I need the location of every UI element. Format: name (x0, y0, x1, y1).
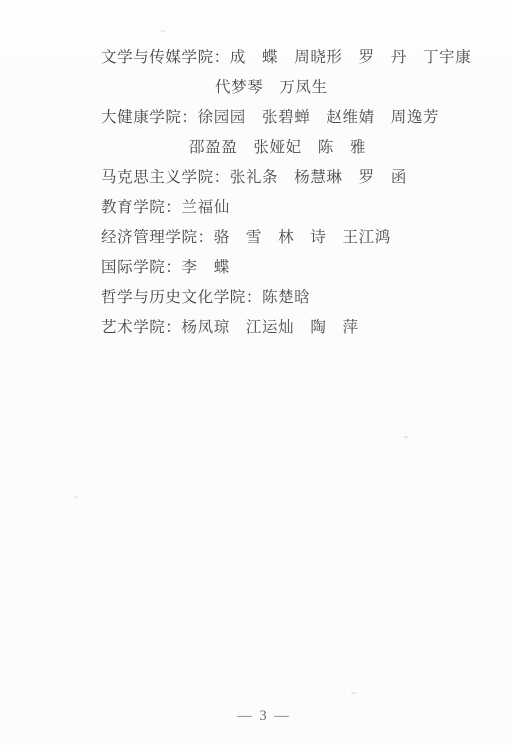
department-label: 经济管理学院： (101, 229, 214, 246)
names-text: 兰福仙 (182, 199, 230, 216)
roster-line: 国际学院：李 蝶 (101, 253, 492, 283)
document-page: 文学与传媒学院：成 蝶 周晓形 罗 丹 丁宇康代梦琴 万凤生大健康学院：徐园园 … (0, 0, 512, 745)
department-label: 文学与传媒学院： (101, 49, 230, 66)
department-label: 马克思主义学院： (101, 169, 230, 186)
names-text: 李 蝶 (182, 259, 230, 276)
names-text: 张礼条 杨慧琳 罗 函 (230, 169, 407, 186)
department-label: 国际学院： (101, 259, 182, 276)
roster-line: 马克思主义学院：张礼条 杨慧琳 罗 函 (101, 163, 492, 193)
department-label: 艺术学院： (101, 319, 182, 336)
names-text: 徐园园 张碧蝉 赵维婧 周逸芳 (198, 109, 440, 126)
roster-line: 代梦琴 万凤生 (101, 73, 492, 103)
roster-line: 文学与传媒学院：成 蝶 周晓形 罗 丹 丁宇康 (101, 43, 492, 73)
page-number: — 3 — (0, 708, 512, 725)
names-text: 成 蝶 周晓形 罗 丹 丁宇康 (230, 49, 472, 66)
names-text: 陈楚晗 (262, 289, 310, 306)
department-label: 哲学与历史文化学院： (101, 289, 262, 306)
roster-line: 大健康学院：徐园园 张碧蝉 赵维婧 周逸芳 (101, 103, 492, 133)
names-text: 杨凤琼 江运灿 陶 萍 (182, 319, 359, 336)
names-text: 代梦琴 万凤生 (215, 79, 328, 96)
roster-line: 教育学院：兰福仙 (101, 193, 492, 223)
scan-speck (404, 436, 408, 438)
roster-line: 哲学与历史文化学院：陈楚晗 (101, 283, 492, 313)
scan-speck (351, 692, 356, 694)
roster-line: 艺术学院：杨凤琼 江运灿 陶 萍 (101, 313, 492, 343)
roster-list: 文学与传媒学院：成 蝶 周晓形 罗 丹 丁宇康代梦琴 万凤生大健康学院：徐园园 … (101, 43, 492, 343)
names-text: 邵盈盈 张娅妃 陈 雅 (189, 139, 366, 156)
department-label: 教育学院： (101, 199, 182, 216)
roster-line: 邵盈盈 张娅妃 陈 雅 (101, 133, 492, 163)
department-label: 大健康学院： (101, 109, 198, 126)
roster-line: 经济管理学院：骆 雪 林 诗 王江鸿 (101, 223, 492, 253)
scan-speck (74, 496, 77, 498)
names-text: 骆 雪 林 诗 王江鸿 (214, 229, 391, 246)
scan-speck (160, 30, 166, 32)
